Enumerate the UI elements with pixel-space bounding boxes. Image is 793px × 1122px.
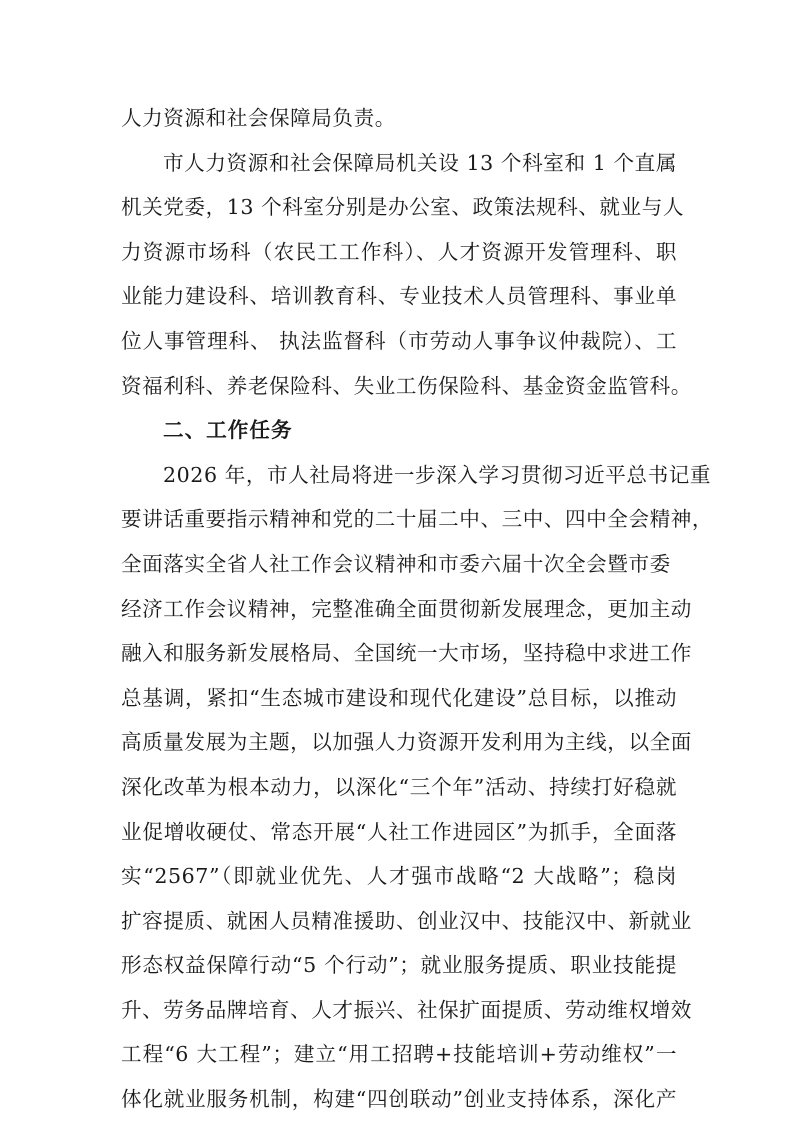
paragraph-line: 业能力建设科、培训教育科、专业技术人员管理科、事业单: [121, 278, 677, 323]
paragraph-line: 升、劳务品牌培育、人才振兴、社保扩面提质、劳动维权增效: [121, 992, 677, 1037]
paragraph-line: 市人力资源和社会保障局机关设 13 个科室和 1 个直属: [121, 145, 677, 190]
paragraph-line: 业促增收硬仗、常态开展“人社工作进园区”为抓手，全面落: [121, 814, 677, 859]
paragraph-line: 机关党委，13 个科室分别是办公室、政策法规科、就业与人: [121, 189, 677, 234]
paragraph-line: 工程“6 大工程”；建立“用工招聘+技能培训+劳动维权”一: [121, 1036, 677, 1081]
paragraph-line: 位人事管理科、 执法监督科（市劳动人事争议仲裁院）、工: [121, 323, 677, 368]
paragraph-line: 人力资源和社会保障局负责。: [121, 100, 677, 145]
paragraph-line: 融入和服务新发展格局、全国统一大市场，坚持稳中求进工作: [121, 635, 677, 680]
paragraph-line: 全面落实全省人社工作会议精神和市委六届十次全会暨市委: [121, 546, 677, 591]
paragraph-line: 总基调，紧扣“生态城市建设和现代化建设”总目标，以推动: [121, 680, 677, 725]
paragraph-line: 扩容提质、就困人员精准援助、创业汉中、技能汉中、新就业: [121, 903, 677, 948]
document-page: 人力资源和社会保障局负责。 市人力资源和社会保障局机关设 13 个科室和 1 个…: [121, 100, 677, 1122]
paragraph-line: 形态权益保障行动“5 个行动”；就业服务提质、职业技能提: [121, 947, 677, 992]
paragraph-line: 力资源市场科（农民工工作科）、人才资源开发管理科、职: [121, 234, 677, 279]
paragraph-line: 体化就业服务机制，构建“四创联动”创业支持体系，深化产: [121, 1081, 677, 1122]
paragraph-line: 高质量发展为主题，以加强人力资源开发利用为主线，以全面: [121, 724, 677, 769]
paragraph-line: 要讲话重要指示精神和党的二十届二中、三中、四中全会精神，: [121, 501, 677, 546]
paragraph-line: 经济工作会议精神，完整准确全面贯彻新发展理念，更加主动: [121, 591, 677, 636]
paragraph-line: 资福利科、养老保险科、失业工伤保险科、基金资金监管科。: [121, 368, 677, 413]
section-heading: 二、工作任务: [121, 412, 677, 457]
paragraph-line: 2026 年，市人社局将进一步深入学习贯彻习近平总书记重: [121, 457, 677, 502]
paragraph-line: 深化改革为根本动力，以深化“三个年”活动、持续打好稳就: [121, 769, 677, 814]
paragraph-line: 实“2567”（即就业优先、人才强市战略“2 大战略”；稳岗: [121, 858, 677, 903]
